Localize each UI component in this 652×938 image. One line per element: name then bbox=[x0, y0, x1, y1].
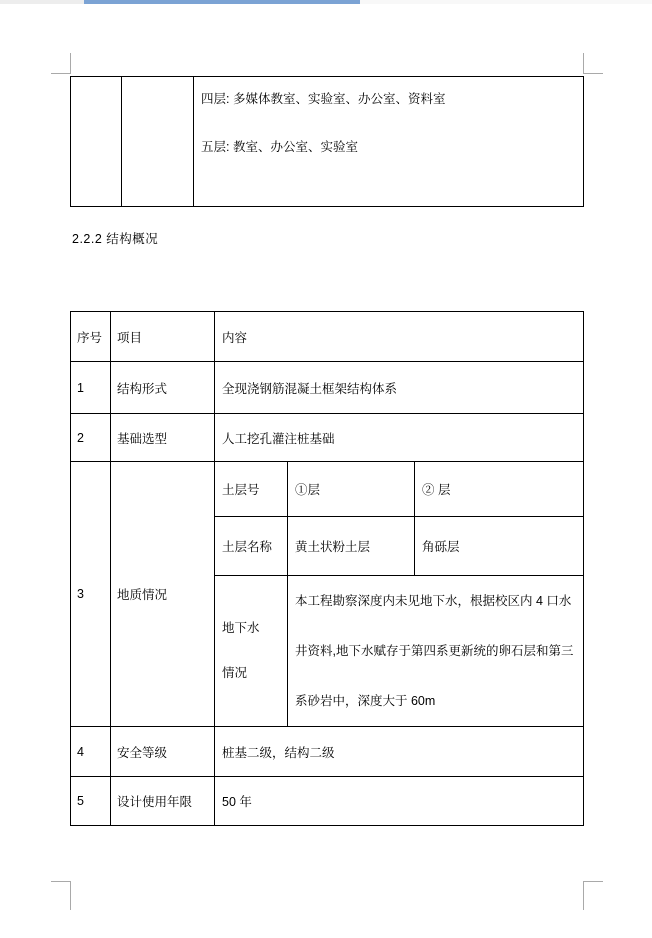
soil-layer-1: ①层 bbox=[288, 462, 415, 516]
table-header-row: 序号 项目 内容 bbox=[71, 312, 583, 362]
row2-content: 人工挖孔灌注桩基础 bbox=[215, 414, 583, 461]
row3-content: 土层号 ①层 ② 层 土层名称 黄土状粉土层 角砾层 地下水 情况 bbox=[215, 462, 583, 726]
soil-layer-no-label: 土层号 bbox=[215, 462, 288, 516]
row3-no: 3 bbox=[71, 462, 111, 726]
structure-overview-table: 序号 项目 内容 1 结构形式 全现浇钢筋混凝土框架结构体系 2 基础选型 人工… bbox=[70, 311, 584, 826]
soil-name-1: 黄土状粉土层 bbox=[288, 517, 415, 575]
table-row-geology: 3 地质情况 土层号 ①层 ② 层 土层名称 黄土状粉土层 角砾层 bbox=[71, 462, 583, 727]
row5-no: 5 bbox=[71, 777, 111, 825]
margin-crop-mark-bottom-right bbox=[583, 881, 603, 910]
row5-item: 设计使用年限 bbox=[111, 777, 215, 825]
header-no: 序号 bbox=[71, 312, 111, 361]
groundwater-label-line1: 地下水 bbox=[222, 606, 287, 651]
continuation-table: 四层: 多媒体教室、实验室、办公室、资料室 五层: 教室、办公室、实验室 bbox=[70, 76, 584, 207]
groundwater-description: 本工程勘察深度内未见地下水，根据校区内 4 口水 井资料,地下水赋存于第四系更新… bbox=[288, 576, 583, 726]
row2-no: 2 bbox=[71, 414, 111, 461]
groundwater-row: 地下水 情况 本工程勘察深度内未见地下水，根据校区内 4 口水 井资料,地下水赋… bbox=[215, 576, 583, 726]
soil-name-label: 土层名称 bbox=[215, 517, 288, 575]
continuation-col-item bbox=[122, 77, 194, 206]
margin-crop-mark-top-right bbox=[583, 53, 603, 74]
soil-layer-number-row: 土层号 ①层 ② 层 bbox=[215, 462, 583, 517]
margin-crop-mark-bottom-left bbox=[51, 881, 71, 910]
continuation-col-no bbox=[71, 77, 122, 206]
geology-sub-table: 土层号 ①层 ② 层 土层名称 黄土状粉土层 角砾层 地下水 情况 bbox=[215, 462, 583, 726]
table-row: 5 设计使用年限 50 年 bbox=[71, 777, 583, 825]
table-row: 4 安全等级 桩基二级，结构二级 bbox=[71, 727, 583, 777]
continuation-col-content: 四层: 多媒体教室、实验室、办公室、资料室 五层: 教室、办公室、实验室 bbox=[194, 77, 583, 206]
groundwater-label-line2: 情况 bbox=[222, 651, 287, 696]
soil-layer-2: ② 层 bbox=[415, 462, 583, 516]
row5-content: 50 年 bbox=[215, 777, 583, 825]
groundwater-text-line: 本工程勘察深度内未见地下水，根据校区内 4 口水 bbox=[295, 576, 583, 626]
soil-name-2: 角砾层 bbox=[415, 517, 583, 575]
row3-item: 地质情况 bbox=[111, 462, 215, 726]
header-item: 项目 bbox=[111, 312, 215, 361]
soil-layer-name-row: 土层名称 黄土状粉土层 角砾层 bbox=[215, 517, 583, 576]
groundwater-text-line: 系砂岩中，深度大于 60m bbox=[295, 676, 583, 726]
row4-no: 4 bbox=[71, 727, 111, 776]
table-row: 1 结构形式 全现浇钢筋混凝土框架结构体系 bbox=[71, 362, 583, 414]
margin-crop-mark-top-left bbox=[51, 53, 71, 74]
groundwater-label: 地下水 情况 bbox=[215, 576, 288, 726]
row1-content: 全现浇钢筋混凝土框架结构体系 bbox=[215, 362, 583, 413]
table-row: 2 基础选型 人工挖孔灌注桩基础 bbox=[71, 414, 583, 462]
row4-content: 桩基二级，结构二级 bbox=[215, 727, 583, 776]
floor-5-rooms: 五层: 教室、办公室、实验室 bbox=[201, 140, 583, 154]
row1-no: 1 bbox=[71, 362, 111, 413]
top-strip-left bbox=[0, 0, 84, 4]
top-accent-bar bbox=[84, 0, 360, 4]
top-strip-right bbox=[360, 0, 652, 4]
floor-4-rooms: 四层: 多媒体教室、实验室、办公室、资料室 bbox=[201, 92, 583, 106]
row2-item: 基础选型 bbox=[111, 414, 215, 461]
row4-item: 安全等级 bbox=[111, 727, 215, 776]
groundwater-text-line: 井资料,地下水赋存于第四系更新统的卵石层和第三 bbox=[295, 626, 583, 676]
row1-item: 结构形式 bbox=[111, 362, 215, 413]
header-content: 内容 bbox=[215, 312, 583, 361]
section-heading: 2.2.2 结构概况 bbox=[72, 229, 158, 247]
